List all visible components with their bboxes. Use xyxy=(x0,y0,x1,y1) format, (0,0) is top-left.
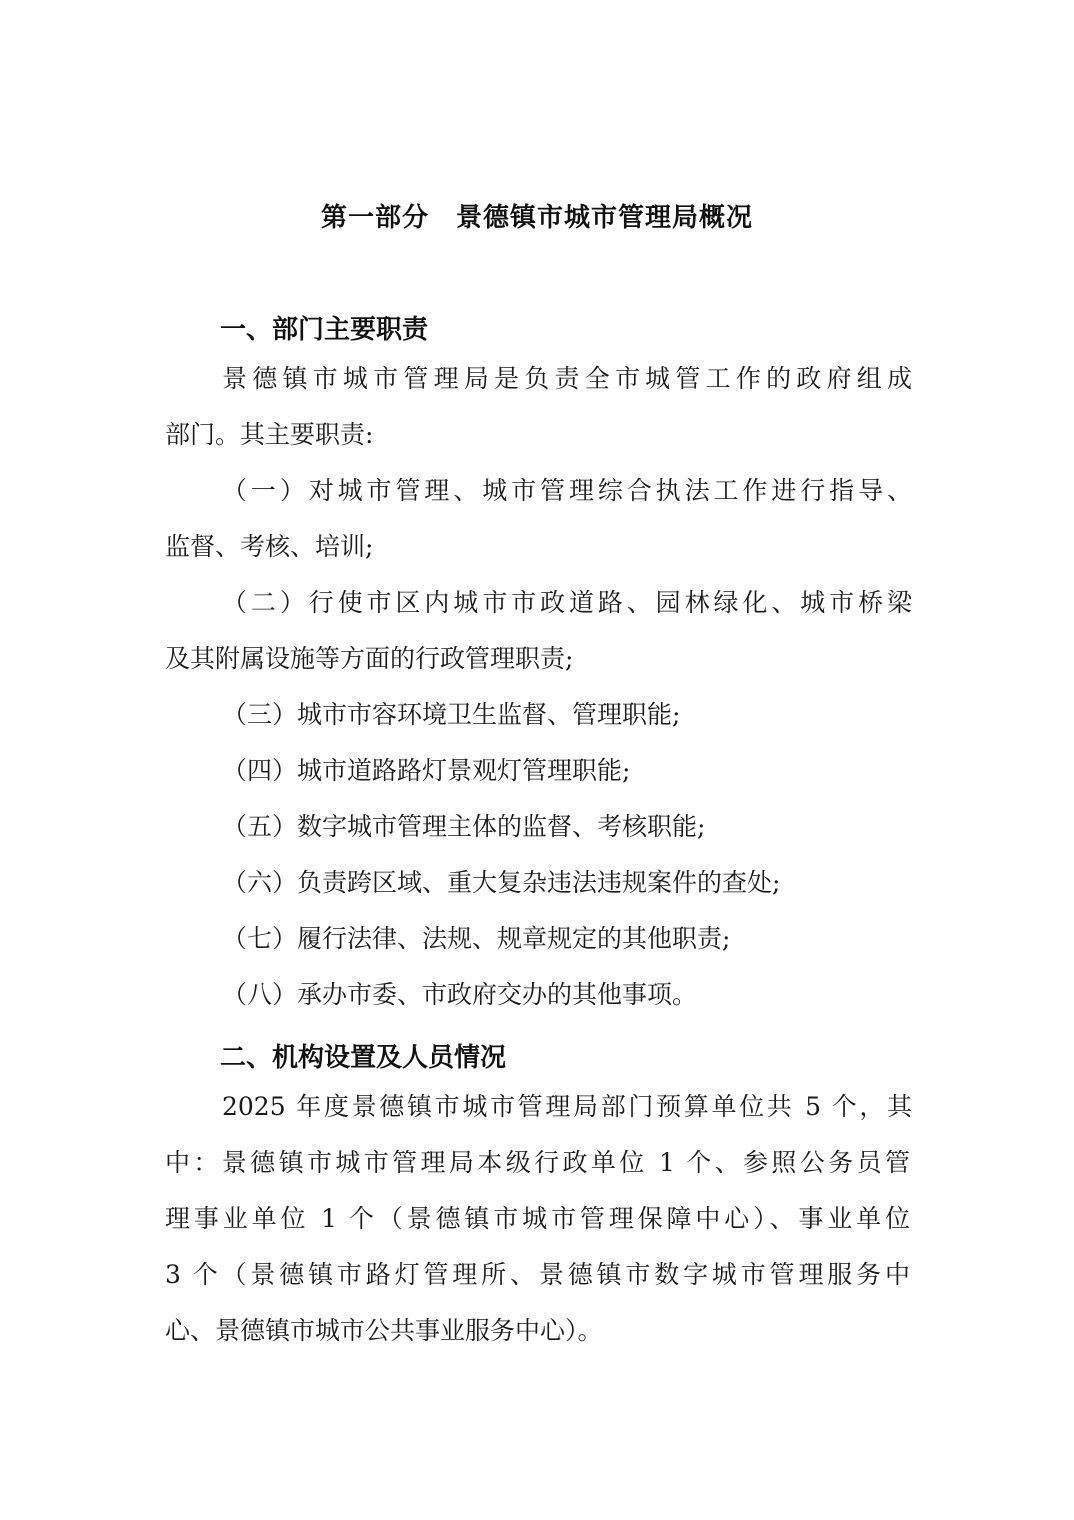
duty-5: （五）数字城市管理主体的监督、考核职能; xyxy=(222,811,705,843)
page-title: 第一部分 景德镇市城市管理局概况 xyxy=(0,197,1074,234)
org-line-5: 心、景德镇市城市公共事业服务中心）。 xyxy=(165,1315,603,1347)
duty-2-line-1: （二）行使市区内城市市政道路、园林绿化、城市桥梁 xyxy=(222,587,912,619)
duty-6: （六）负责跨区域、重大复杂违法违规案件的查处; xyxy=(222,867,780,899)
duty-1-line-1: （一）对城市管理、城市管理综合执法工作进行指导、 xyxy=(222,475,912,507)
intro-line-2: 部门。其主要职责: xyxy=(165,419,373,451)
duty-4: （四）城市道路路灯景观灯管理职能; xyxy=(222,755,630,787)
duty-7: （七）履行法律、法规、规章规定的其他职责; xyxy=(222,923,730,955)
org-line-4: 3 个（景德镇市路灯管理所、景德镇市数字城市管理服务中 xyxy=(165,1259,910,1291)
section-heading-organization: 二、机构设置及人员情况 xyxy=(220,1037,506,1074)
section-heading-duties: 一、部门主要职责 xyxy=(220,309,428,346)
duty-3: （三）城市市容环境卫生监督、管理职能; xyxy=(222,699,680,731)
org-line-1: 2025 年度景德镇市城市管理局部门预算单位共 5 个，其 xyxy=(222,1091,912,1123)
duty-8: （八）承办市委、市政府交办的其他事项。 xyxy=(222,979,697,1011)
intro-line-1: 景德镇市城市管理局是负责全市城管工作的政府组成 xyxy=(222,363,912,395)
document-page: 第一部分 景德镇市城市管理局概况 一、部门主要职责 景德镇市城市管理局是负责全市… xyxy=(0,0,1074,1520)
org-line-2: 中：景德镇市城市管理局本级行政单位 1 个、参照公务员管 xyxy=(165,1147,910,1179)
duty-1-line-2: 监督、考核、培训; xyxy=(165,531,373,563)
org-line-3: 理事业单位 1 个（景德镇市城市管理保障中心）、事业单位 xyxy=(165,1203,910,1235)
duty-2-line-2: 及其附属设施等方面的行政管理职责; xyxy=(165,643,573,675)
